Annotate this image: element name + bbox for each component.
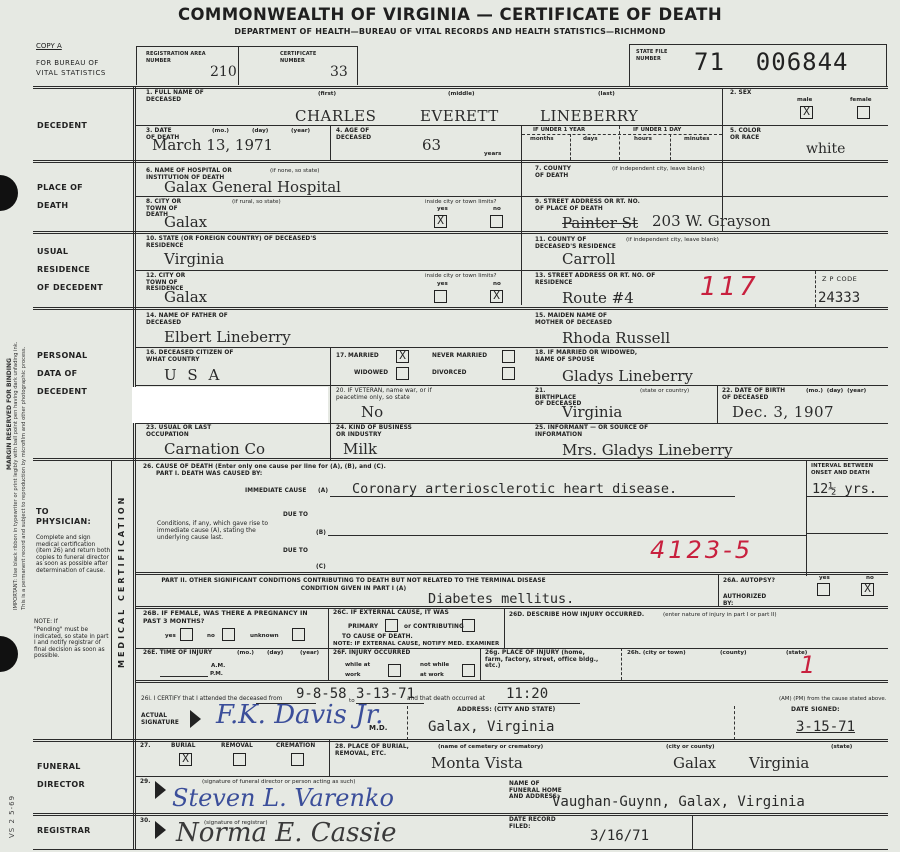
f18-label: 18. IF MARRIED OR WIDOWED, NAME OF SPOUS… <box>535 350 645 363</box>
f17-widowed-checkbox[interactable] <box>396 367 409 380</box>
rule <box>33 849 888 850</box>
rule <box>330 347 331 460</box>
rule <box>504 608 505 648</box>
f6-hint: (if none, so state) <box>270 168 319 175</box>
date-signed-label: DATE SIGNED: <box>791 707 840 714</box>
f26b-unknown-checkbox[interactable] <box>292 628 305 641</box>
certificate-subtitle: DEPARTMENT OF HEALTH—BUREAU OF VITAL REC… <box>0 27 900 36</box>
rule <box>136 606 888 609</box>
f9-address[interactable]: 203 W. Grayson <box>652 212 771 230</box>
f23-label: 23. USUAL OR LAST OCCUPATION <box>146 425 216 438</box>
f1-middle-label: (middle) <box>448 91 475 98</box>
f4-label: 4. AGE OF DECEASED <box>336 128 396 141</box>
actual-signature-label: ACTUAL SIGNATURE <box>141 713 177 726</box>
f30-label: 30. <box>140 818 151 825</box>
f10-state[interactable]: Virginia <box>164 250 224 268</box>
f13-zip[interactable]: 24333 <box>818 290 860 306</box>
f16-label: 16. DECEASED CITIZEN OF WHAT COUNTRY <box>146 350 236 363</box>
f20-label: 20. IF VETERAN, name war, or if peacetim… <box>336 388 456 401</box>
rule <box>111 461 112 740</box>
f1-label: 1. FULL NAME OF DECEASED <box>146 90 206 103</box>
rule <box>407 706 408 740</box>
f26f-not-while-label: not while at work <box>420 660 452 680</box>
rule <box>33 739 888 742</box>
f30-filed[interactable]: 3/16/71 <box>590 828 649 844</box>
f13-street[interactable]: Route #4 <box>562 289 634 307</box>
f4-under-year: IF UNDER 1 YEAR <box>533 127 585 134</box>
rule <box>33 307 888 310</box>
f22-label: 22. DATE OF BIRTH OF DECEASED <box>722 388 792 401</box>
rule <box>33 813 888 816</box>
signature-arrow-icon <box>155 781 166 799</box>
section-place-of-death-1: PLACE OF <box>37 178 83 197</box>
f17-married-checkbox[interactable]: X <box>396 350 409 363</box>
f14-father[interactable]: Elbert Lineberry <box>164 328 291 346</box>
f26b-label: 26b. IF FEMALE, WAS THERE A PREGNANCY IN… <box>143 610 323 626</box>
f16-citizenship[interactable]: U S A <box>164 366 222 384</box>
margin-permanent-text: This is a permanent record and subject t… <box>21 347 27 610</box>
f26c-contributing-checkbox[interactable] <box>462 619 475 632</box>
form-code: VS 2 5-69 <box>8 795 16 838</box>
f28-city-hint: (city or county) <box>666 744 715 751</box>
f26f-while-label: while at work <box>345 660 371 680</box>
f26-code-annotation: 4123-5 <box>650 536 753 564</box>
address-label: ADDRESS: (CITY AND STATE) <box>457 707 555 714</box>
rule <box>136 572 888 575</box>
f27-cremation-checkbox[interactable] <box>291 753 304 766</box>
section-place-of-death-2: DEATH <box>37 196 68 215</box>
f13-label: 13. STREET ADDRESS OR RT. NO. OF RESIDEN… <box>535 273 665 286</box>
f17-label: 17. <box>336 353 347 360</box>
f26-interval-label: INTERVAL BETWEEN ONSET AND DEATH <box>811 463 887 476</box>
rule <box>692 815 693 850</box>
f26e-pm-label: P.M. <box>210 671 223 678</box>
registrar-signature[interactable]: Norma E. Cassie <box>176 818 397 848</box>
rule <box>670 134 671 160</box>
f4-minutes-label: minutes <box>684 136 710 143</box>
f2-female-label: female <box>850 97 872 104</box>
f27-burial-label: BURIAL <box>171 743 196 750</box>
rule <box>806 496 888 497</box>
section-personal-2: DATA OF <box>37 364 77 383</box>
f28-state[interactable]: Virginia <box>749 754 809 772</box>
f26e-label: 26e. TIME OF INJURY <box>143 650 212 657</box>
f26-label: 26. CAUSE OF DEATH (Enter only one cause… <box>143 464 386 471</box>
f26f-label: 26f. INJURY OCCURRED <box>333 650 410 657</box>
f17-widowed-label: WIDOWED <box>354 370 388 377</box>
rule <box>815 271 816 307</box>
f26-due-to-1: DUE TO <box>283 512 308 519</box>
f7-hint: (if independent city, leave blank) <box>612 166 705 173</box>
f1-last-name[interactable]: LINEBERRY <box>540 107 638 125</box>
f11-county[interactable]: Carroll <box>562 250 615 268</box>
f17-never-married-checkbox[interactable] <box>502 350 515 363</box>
f2-male-label: male <box>797 97 812 104</box>
f10-label: 10. STATE (OR FOREIGN COUNTRY) OF DECEAS… <box>146 236 326 249</box>
f26g-label: 26g. PLACE OF INJURY (home, farm, factor… <box>485 650 605 670</box>
f2-female-checkbox[interactable] <box>857 106 870 119</box>
f26b-no-checkbox[interactable] <box>222 628 235 641</box>
f26-conditions-note: Conditions, if any, which gave rise to i… <box>157 520 277 541</box>
rule <box>136 680 888 683</box>
f4-days-label: days <box>583 136 598 143</box>
f26b-yes-checkbox[interactable] <box>180 628 193 641</box>
f4-age[interactable]: 63 <box>422 136 441 154</box>
section-residence-1: USUAL <box>37 242 68 261</box>
f8-yes-label: yes <box>437 206 448 213</box>
f26h-annotation: 1 <box>800 651 815 679</box>
f26e-year-label: (year) <box>300 650 319 657</box>
f28-city[interactable]: Galax <box>673 754 716 772</box>
f1-last-label: (last) <box>598 91 615 98</box>
section-medical-certification: MEDICAL CERTIFICATION <box>117 495 126 668</box>
f28-cemetery[interactable]: Monta Vista <box>431 754 523 772</box>
f12-city[interactable]: Galax <box>164 288 207 306</box>
signature-arrow-icon <box>155 821 166 839</box>
rule <box>133 87 136 849</box>
f24-label: 24. KIND OF BUSINESS OR INDUSTRY <box>336 425 416 438</box>
f7-label: 7. COUNTY OF DEATH <box>535 166 575 179</box>
f26f-while-checkbox[interactable] <box>388 664 401 677</box>
f28-cemetery-hint: (name of cemetery or crematory) <box>438 744 543 751</box>
certificate-value[interactable]: 33 <box>330 64 348 80</box>
rule <box>521 196 888 197</box>
copy-label: COPY A <box>36 43 62 50</box>
rule <box>136 385 888 386</box>
section-personal-1: PERSONAL <box>37 346 87 365</box>
f5-label: 5. COLOR OR RACE <box>730 128 770 141</box>
f9-label: 9. STREET ADDRESS OR RT. NO. OF PLACE OF… <box>535 199 650 212</box>
f20-veteran[interactable]: No <box>361 403 383 421</box>
f8-no-checkbox[interactable] <box>490 215 503 228</box>
rule <box>330 125 331 160</box>
rule <box>329 740 330 776</box>
f3-date-of-death[interactable]: March 13, 1971 <box>152 136 273 154</box>
margin-reserved-text: MARGIN RESERVED FOR BINDING <box>6 358 13 470</box>
funeral-director-signature[interactable]: Steven L. Varenko <box>172 784 394 812</box>
f26a-label: 26a. AUTOPSY? <box>723 578 775 585</box>
f3-year-label: (year) <box>291 128 310 135</box>
f26i-date-signed[interactable]: 3-15-71 <box>796 719 855 735</box>
time-of-injury-line <box>160 676 208 677</box>
f26-part2-value[interactable]: Diabetes mellitus. <box>428 591 574 607</box>
f4-hours-label: hours <box>634 136 652 143</box>
f12-yes-checkbox[interactable] <box>434 290 447 303</box>
f9-struck-address[interactable]: Painter St <box>562 214 638 232</box>
f26a-yes-checkbox[interactable] <box>817 583 830 596</box>
f26a-yes-label: yes <box>819 575 830 582</box>
f14-label: 14. NAME OF FATHER OF DECEASED <box>146 313 236 326</box>
f1-middle-name[interactable]: EVERETT <box>420 107 499 125</box>
rule <box>136 270 888 271</box>
rule <box>480 648 481 680</box>
f8-limits-label: inside city or town limits? <box>425 199 496 206</box>
section-funeral-2: DIRECTOR <box>37 775 85 794</box>
f22-date-of-birth[interactable]: Dec. 3, 1907 <box>732 403 834 421</box>
f4-under-day: IF UNDER 1 DAY <box>633 127 681 134</box>
rule <box>718 575 719 607</box>
f2-label: 2. SEX <box>730 90 751 97</box>
f12-yes-label: yes <box>437 281 448 288</box>
section-personal-3: DECEDENT <box>37 382 87 401</box>
f27-label: 27. <box>140 743 151 750</box>
f26i-occurred-label: and that death occurred at <box>407 696 485 703</box>
f29-home[interactable]: Vaughan-Guynn, Galax, Virginia <box>552 794 805 810</box>
binder-hole <box>0 636 18 672</box>
rule <box>136 347 888 348</box>
signature-arrow-icon <box>190 710 201 728</box>
f26-c-label: (C) <box>316 564 326 571</box>
f28-label: 28. PLACE OF BURIAL, REMOVAL, ETC. <box>335 744 415 757</box>
f26c-primary-checkbox[interactable] <box>385 619 398 632</box>
f26e-am-label: A.M. <box>211 663 225 670</box>
md-label: M.D. <box>369 725 388 732</box>
rule <box>136 423 888 424</box>
f15-label: 15. MAIDEN NAME OF MOTHER OF DECEASED <box>535 313 635 326</box>
f13-annotation: 117 <box>700 272 759 302</box>
physician-signature[interactable]: F.K. Davis Jr. <box>216 700 383 730</box>
f26c-contributing-label: or CONTRIBUTING <box>404 624 464 631</box>
f15-mother[interactable]: Rhoda Russell <box>562 329 670 347</box>
f17-divorced-checkbox[interactable] <box>502 367 515 380</box>
f1-first-label: (first) <box>318 91 336 98</box>
f8-hint: (if rural, so state) <box>232 199 281 206</box>
f26-b-label: (B) <box>316 530 326 537</box>
rule <box>806 460 807 576</box>
f25-label: 25. INFORMANT — OR SOURCE OF INFORMATION <box>535 425 665 438</box>
rule <box>136 196 521 197</box>
rule <box>33 458 888 461</box>
f27-removal-label: REMOVAL <box>221 743 253 750</box>
f29-label: 29. <box>140 779 151 786</box>
f23-occupation[interactable]: Carnation Co <box>164 440 265 458</box>
f26b-yes-label: yes <box>165 633 176 640</box>
f21-hint: (state or country) <box>640 388 689 395</box>
f28-state-hint: (state) <box>831 744 852 751</box>
f26d-hint: (enter nature of injury in part I or par… <box>663 612 777 619</box>
f30-filed-label: DATE RECORD FILED: <box>509 817 559 830</box>
f26a-no-label: no <box>866 575 874 582</box>
f26c-label: 26c. IF EXTERNAL CAUSE, IT WAS <box>333 610 449 617</box>
state-file-value[interactable]: 71 006844 <box>694 48 849 76</box>
f26-interval-a[interactable]: 12½ yrs. <box>812 481 877 497</box>
state-file-label: STATE FILE NUMBER <box>636 49 670 62</box>
f26h-label: 26h. (city or town) <box>627 650 686 657</box>
time-line <box>498 703 580 704</box>
f8-yes-checkbox[interactable]: X <box>434 215 447 228</box>
f13-zip-label: Z P CODE <box>822 276 857 283</box>
f22-hint: (mo.) (day) (year) <box>806 388 866 395</box>
f17-divorced-label: DIVORCED <box>432 370 467 377</box>
section-residence-2: RESIDENCE <box>37 260 90 279</box>
f25-informant[interactable]: Mrs. Gladys Lineberry <box>562 441 733 459</box>
f8-no-label: no <box>493 206 501 213</box>
f12-limits-label: inside city or town limits? <box>425 273 496 280</box>
f26c-to-cause: TO CAUSE OF DEATH. <box>342 634 413 641</box>
f27-burial-checkbox[interactable]: X <box>179 753 192 766</box>
f26f-not-while-checkbox[interactable] <box>462 664 475 677</box>
f12-no-label: no <box>493 281 501 288</box>
f3-day-label: (day) <box>252 128 268 135</box>
f26a-no-checkbox[interactable]: X <box>861 583 874 596</box>
f11-label: 11. COUNTY OF DECEASED'S RESIDENCE <box>535 237 620 250</box>
f6-hospital[interactable]: Galax General Hospital <box>164 178 341 196</box>
f26i-time[interactable]: 11:20 <box>506 686 548 702</box>
copy-for-label-2: VITAL STATISTICS <box>36 70 106 77</box>
f26d-label: 26d. DESCRIBE HOW INJURY OCCURRED. <box>509 612 644 619</box>
rule <box>619 126 620 160</box>
f26b-no-label: no <box>207 633 215 640</box>
f26c-note: NOTE: IF EXTERNAL CAUSE, NOTIFY MED. EXA… <box>333 641 499 648</box>
f26-a-label: (A) <box>318 488 328 495</box>
section-funeral-1: FUNERAL <box>37 757 81 776</box>
f1-first-name[interactable]: CHARLES <box>295 107 376 125</box>
f2-male-checkbox[interactable]: X <box>800 106 813 119</box>
rule <box>33 86 888 89</box>
rule <box>722 88 723 232</box>
rule <box>136 648 888 649</box>
f26e-day-label: (day) <box>267 650 283 657</box>
f8-city[interactable]: Galax <box>164 213 207 231</box>
margin-important-text: IMPORTANT: Use black ribbon in typewrite… <box>13 342 19 610</box>
f21-birthplace[interactable]: Virginia <box>562 403 622 421</box>
f24-industry[interactable]: Milk <box>343 440 377 458</box>
f26-part1: PART I. DEATH WAS CAUSED BY: <box>156 471 262 478</box>
f4-months-label: months <box>530 136 554 143</box>
binder-hole <box>0 175 18 211</box>
rule <box>621 648 622 680</box>
section-registrar: REGISTRAR <box>37 821 91 840</box>
f26i-address[interactable]: Galax, Virginia <box>428 719 554 735</box>
f26b-unknown-label: unknown <box>250 633 279 640</box>
rule <box>734 706 735 740</box>
rule <box>521 125 522 305</box>
copy-for-label: FOR BUREAU OF <box>36 60 99 67</box>
rule <box>136 125 888 126</box>
f26e-mo-label: (mo.) <box>237 650 254 657</box>
section-decedent: DECEDENT <box>37 116 87 135</box>
f26c-primary-label: PRIMARY <box>348 624 378 631</box>
certificate-label: CERTIFICATE NUMBER <box>280 51 320 64</box>
physician-note: Complete and sign medical certification … <box>36 535 112 574</box>
rule <box>570 134 571 160</box>
f27-removal-checkbox[interactable] <box>233 753 246 766</box>
pending-note: "Pending" must be indicated, so state in… <box>34 627 110 660</box>
pending-note-title: NOTE: If <box>34 619 58 626</box>
registration-label: REGISTRATION AREA NUMBER <box>146 51 206 64</box>
redacted-field <box>132 387 328 423</box>
rule <box>33 160 888 163</box>
f26-due-to-2: DUE TO <box>283 548 308 555</box>
f17-never-married-label: NEVER MARRIED <box>432 353 487 360</box>
f27-cremation-label: CREMATION <box>276 743 315 750</box>
f12-no-checkbox[interactable]: X <box>490 290 503 303</box>
rule <box>33 231 888 234</box>
registration-value[interactable]: 210 <box>210 64 237 80</box>
f3-mo-label: (mo.) <box>212 128 229 135</box>
f26-immediate-label: IMMEDIATE CAUSE <box>245 488 307 495</box>
rule <box>522 134 722 135</box>
f26h-county-label: (county) <box>720 650 747 657</box>
rule <box>328 608 329 680</box>
f26-cause-a[interactable]: Coronary arteriosclerotic heart disease. <box>352 481 677 497</box>
f5-race[interactable]: white <box>806 141 845 157</box>
section-to-physician: TO PHYSICIAN: <box>36 507 96 527</box>
certificate-title: COMMONWEALTH OF VIRGINIA — CERTIFICATE O… <box>0 5 900 24</box>
f4-years-label: years <box>484 151 501 158</box>
section-residence-3: OF DECEDENT <box>37 278 103 297</box>
f18-spouse[interactable]: Gladys Lineberry <box>562 367 693 385</box>
rule <box>717 385 718 423</box>
f17-married-label: MARRIED <box>348 353 379 360</box>
f26i-ampm: (AM) (PM) from the cause stated above. <box>779 696 886 703</box>
cause-c-line <box>806 533 888 534</box>
rule <box>136 776 888 777</box>
f11-hint: (if independent city, leave blank) <box>626 237 719 244</box>
